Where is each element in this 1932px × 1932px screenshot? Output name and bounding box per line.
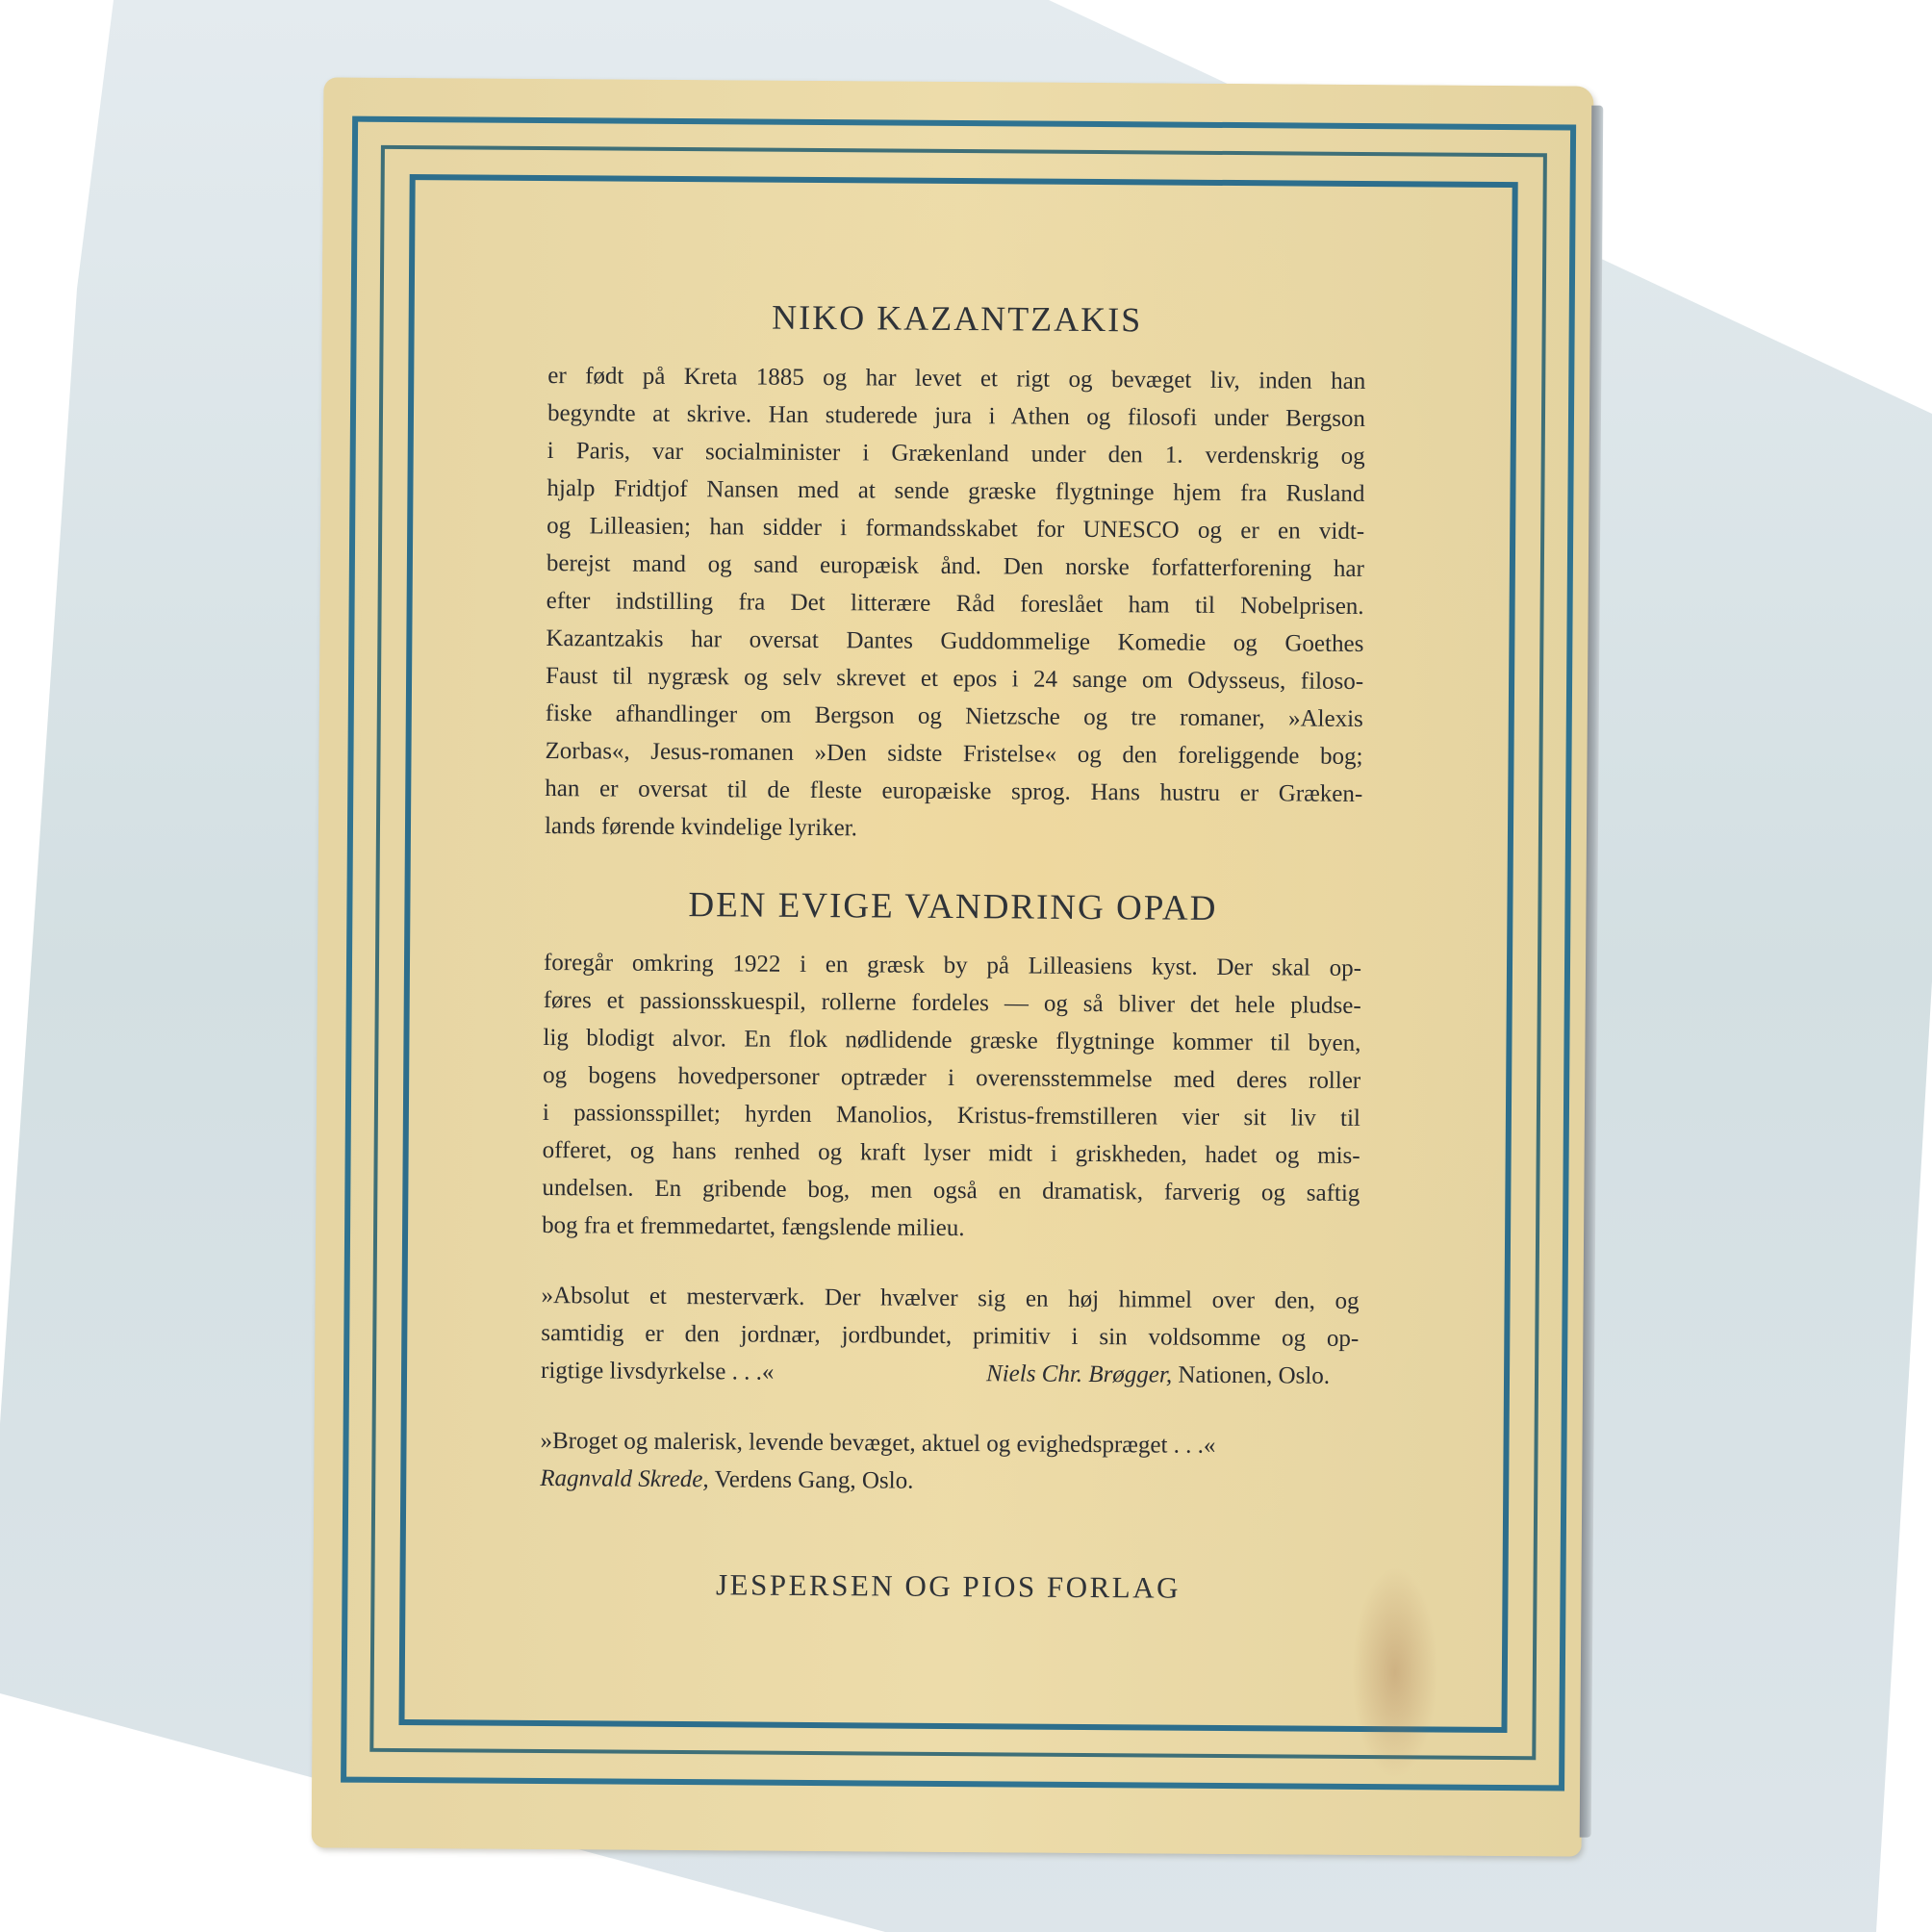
quote-author: Ragnvald Skrede, (540, 1465, 709, 1492)
quote-attribution: rigtige livsdyrkelse . . .« Niels Chr. B… (541, 1352, 1359, 1395)
text-line: berejst mand og sand europæisk ånd. Den … (547, 545, 1364, 588)
quote-attribution: Ragnvald Skrede, Verdens Gang, Oslo. (540, 1460, 1358, 1503)
book-title-heading: DEN EVIGE VANDRING OPAD (544, 883, 1361, 930)
text-line: begyndte at skrive. Han studerede jura i… (547, 394, 1365, 438)
text-line: fiske afhandlinger om Bergson og Nietzsc… (546, 695, 1363, 738)
text-line: og bogens hovedpersoner optræder i overe… (543, 1056, 1360, 1100)
text-line: og Lilleasien; han sidder i formandsskab… (547, 507, 1364, 550)
quote-source: Nationen, Oslo. (1178, 1362, 1330, 1389)
author-heading: NIKO KAZANTZAKIS (548, 295, 1366, 342)
text-line: Faust til nygræsk og selv skrevet et epo… (546, 657, 1363, 700)
text-line: hjalp Fridtjof Nansen med at sende græsk… (547, 470, 1364, 513)
text-line: i Paris, var socialminister i Grækenland… (547, 432, 1365, 475)
text-line: lig blodigt alvor. En flok nødlidende gr… (543, 1019, 1360, 1062)
publisher-name: JESPERSEN OG PIOS FORLAG (539, 1566, 1357, 1607)
text-line: føres et passionsskuespil, rollerne ford… (544, 981, 1361, 1025)
text-line: han er oversat til de fleste europæiske … (545, 770, 1362, 813)
water-stain (1351, 1566, 1439, 1779)
text-line: er født på Kreta 1885 og har levet et ri… (547, 357, 1365, 400)
text-line: offeret, og hans renhed og kraft lyser m… (543, 1131, 1360, 1175)
photo-stage: NIKO KAZANTZAKIS er født på Kreta 1885 o… (0, 0, 1932, 1932)
text-line: i passionsspillet; hyrden Manolios, Kris… (543, 1094, 1360, 1137)
text-line: Kazantzakis har oversat Dantes Guddommel… (546, 620, 1363, 663)
text-line: lands førende kvindelige lyriker. (545, 807, 1362, 851)
review-quote-1: »Absolut et mesterværk. Der hvælver sig … (541, 1277, 1360, 1395)
quote-line: »Absolut et mesterværk. Der hvælver sig … (541, 1277, 1359, 1320)
text-line: Zorbas«, Jesus-romanen »Den sidste Frist… (545, 732, 1362, 775)
quote-line: rigtige livsdyrkelse . . .« (541, 1352, 775, 1391)
text-line: bog fra et fremmedartet, fængslende mili… (542, 1207, 1360, 1250)
book-summary: foregår omkring 1922 i en græsk by på Li… (542, 944, 1361, 1250)
text-line: efter indstilling fra Det litterære Råd … (547, 582, 1364, 625)
book-back-cover: NIKO KAZANTZAKIS er født på Kreta 1885 o… (312, 77, 1594, 1856)
quote-line: »Broget og malerisk, levende bevæget, ak… (540, 1422, 1358, 1465)
text-line: undelsen. En gribende bog, men også en d… (542, 1169, 1360, 1212)
cover-text: NIKO KAZANTZAKIS er født på Kreta 1885 o… (539, 295, 1365, 1607)
quote-author: Niels Chr. Brøgger, (986, 1360, 1172, 1387)
quote-line: samtidig er den jordnær, jordbundet, pri… (541, 1314, 1359, 1358)
quote-source: Verdens Gang, Oslo. (714, 1466, 913, 1493)
text-line: foregår omkring 1922 i en græsk by på Li… (544, 944, 1361, 987)
review-quote-2: »Broget og malerisk, levende bevæget, ak… (540, 1422, 1359, 1503)
author-bio: er født på Kreta 1885 og har levet et ri… (545, 357, 1366, 851)
